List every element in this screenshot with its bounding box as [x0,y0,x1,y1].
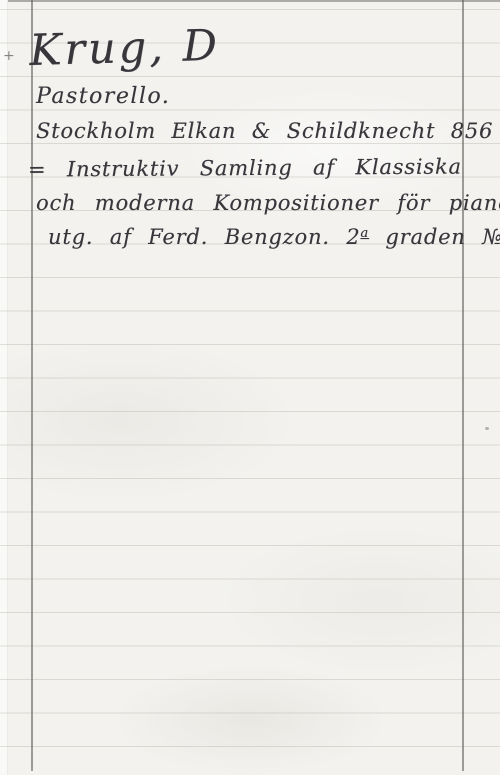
work-title: Pastorello. [36,84,170,109]
catalog-card-page: + Krug, D Pastorello. Stockholm Elkan & … [0,0,500,775]
grade-ordinal-superscript: a [360,226,369,241]
author-heading: Krug, D [29,21,221,76]
series-line-1: = Instruktiv Samling af Klassiska [28,154,462,181]
ink-speck-decoration [485,427,489,430]
left-margin-rule [31,0,33,771]
series-line-2: och moderna Kompositioner för piano [36,191,500,215]
series-line-3: utg. af Ferd. Bengzon. 2a graden № 10. [48,225,500,249]
series-line-3-suffix: graden № 10. [369,225,500,249]
plus-mark: + [3,48,15,64]
scan-left-edge [0,0,8,775]
right-margin-rule [462,0,464,771]
series-line-3-prefix: utg. af Ferd. Bengzon. 2 [48,225,360,249]
imprint-line: Stockholm Elkan & Schildknecht 856 k. [36,119,500,143]
scan-top-edge [0,0,500,2]
